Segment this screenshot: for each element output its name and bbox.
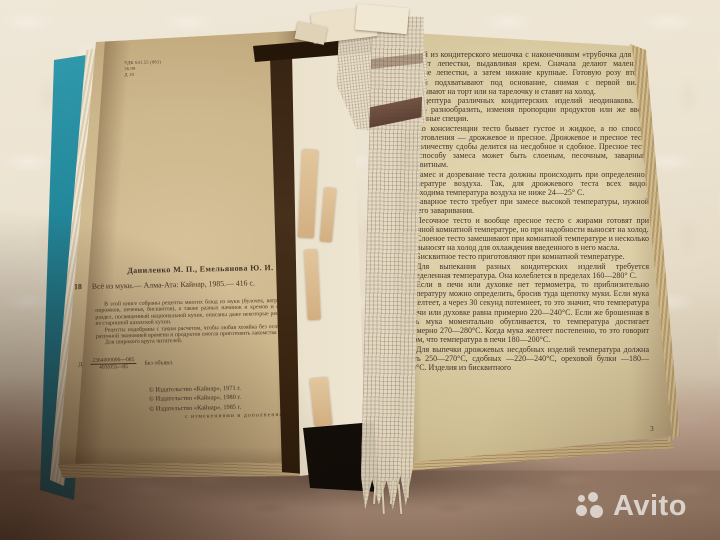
photo-scene: УДК 641.55 (083) 36.99 Д 18 Даниленко М.… <box>0 0 720 540</box>
avito-dots-logo-icon <box>576 492 606 522</box>
avito-watermark: Avito <box>576 490 687 523</box>
avito-label: Avito <box>613 490 687 523</box>
photo-vignette <box>0 0 720 540</box>
